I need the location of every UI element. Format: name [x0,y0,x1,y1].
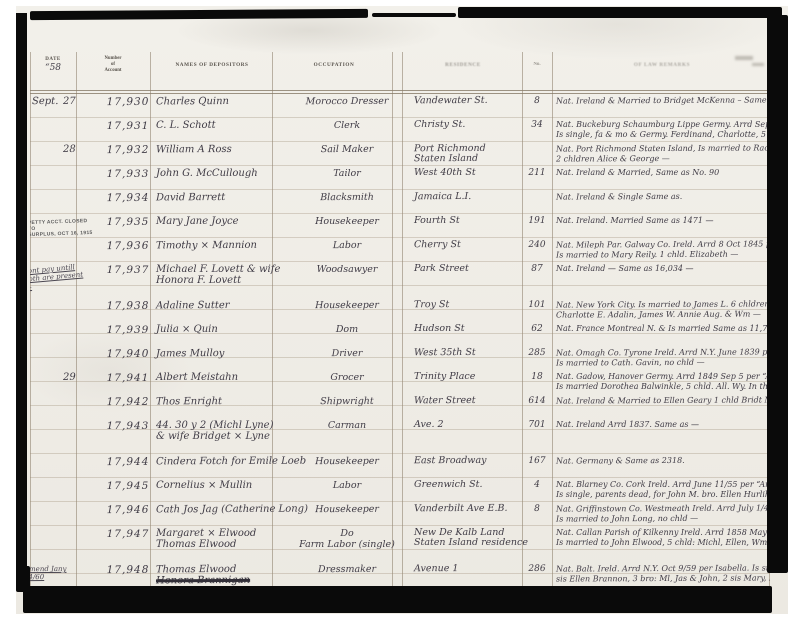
remarks-line: Nat. Ireland — Same as 16,034 — [556,264,770,274]
occupation: Housekeeper [278,300,416,312]
residence-number: 8 [522,504,552,514]
remarks-line: Is married to John Elwood, 5 chld: Michl… [556,538,770,548]
date-day: 27 [63,96,83,107]
remarks-line: Nat. Ireland & Married to Bridget McKenn… [556,95,770,106]
remarks: Nat. Ireland & Single Same as. [556,191,770,202]
scan-border-right [767,15,788,573]
residence: Cherry St [414,240,520,251]
remarks-line: Nat. Ireland & Married, Same as No. 90 [556,168,770,178]
residence-number: 8 [522,96,552,106]
scan-border-corner [16,566,30,592]
remarks-line: Nat. Ireland & Married to Ellen Geary 1 … [556,395,770,406]
occupation: Woodsawyer [278,264,416,275]
scan-border-top [458,7,782,18]
residence: Water Street [414,396,520,407]
residence: East Broadway [414,456,520,467]
depositor-name-line: Honora F. Lovett [156,275,306,286]
residence-number: 191 [522,216,552,226]
petty-acct-stamp: PETTY ACCT. CLOSED TOSURPLUS, OCT 16, 19… [30,218,94,238]
occupation: Dressmaker [278,564,416,576]
residence-line: West 35th St [414,348,520,359]
ledger-row: 17,934David BarrettBlacksmithJamaica L.I… [30,190,770,214]
residence-line: East Broadway [414,456,520,467]
occupation: Morocco Dresser [278,96,416,108]
residence-line: Fourth St [414,216,520,226]
faint-header-smudge [735,56,753,60]
occupation: Blacksmith [278,192,416,204]
ledger-rows: Sept.2717,930Charles QuinnMorocco Dresse… [30,94,770,590]
residence-line: Greenwich St. [414,480,520,490]
header-date-label: DATE [45,57,61,62]
header-remarks: OF LAW REMARKS [556,62,768,68]
remarks-line: Nat. France Montreal N. & Is married Sam… [556,324,770,334]
residence-line: Water Street [414,396,520,407]
residence-number: 614 [522,396,552,406]
residence-line: Jamaica L.I. [414,192,520,203]
header-account-line3: Account [78,68,148,74]
remarks-line: 2 chldren Alice & George — [556,153,770,164]
occupation: Housekeeper [278,216,416,227]
ledger-row: 17,946Cath Jos Jag (Catherine Long)House… [30,502,770,526]
occupation-line: Housekeeper [278,456,416,468]
scan-border-top [372,13,456,17]
ledger-row: 17,94344. 30 y 2 (Michl Lyne)& wife Brid… [30,418,770,454]
occupation-line: Housekeeper [278,504,416,516]
remarks: Nat. Port Richmond Staten Island, Is mar… [556,143,770,163]
occupation: Tailor [278,168,416,179]
occupation-line: Dom [278,324,416,335]
residence-line: Ave. 2 [414,420,520,430]
residence-line: Cherry St [414,240,520,251]
occupation: Housekeeper [278,504,416,516]
occupation-line: Sail Maker [278,144,416,156]
remarks: Nat. Mileph Par. Galway Co. Ireld. Arrd … [556,239,770,259]
remarks-line: Is married Dorothea Balwinkle, 5 chld. A… [556,382,770,392]
margin-note: Amend Jany 24/60 [30,565,84,581]
residence-number: 62 [522,324,552,334]
remarks-line: Nat. Balt. Ireld. Arrd N.Y. Oct 9/59 per… [556,563,770,574]
remarks-line: Nat. Port Richmond Staten Island, Is mar… [556,143,770,154]
remarks-line: Nat. Callan Parish of Kilkenny Ireld. Ar… [556,528,770,538]
occupation: Housekeeper [278,456,416,468]
remarks-line: Is single, parents dead, for John M. bro… [556,490,770,500]
header-occupation: OCCUPATION [278,62,390,68]
header-rule-top [30,90,770,91]
ledger-row: 17,935Mary Jane JoyceHousekeeperFourth S… [30,214,770,238]
residence-number: 701 [522,420,552,430]
occupation: Dom [278,324,416,335]
occupation-line: Blacksmith [278,192,416,204]
occupation: Shipwright [278,396,416,408]
residence-line: Troy St [414,300,520,311]
residence-number: 286 [522,564,552,574]
remarks: Nat. Germany & Same as 2318. [556,455,770,466]
residence-number: 4 [522,480,552,490]
residence-number: 240 [522,240,552,250]
residence: Port RichmondStaten Island [414,144,520,165]
stamp-line2: SURPLUS, OCT 16, 1915 [30,230,94,238]
remarks-line: Nat. New York City. Is married to James … [556,299,770,310]
occupation-line: Grocer [278,372,416,383]
header-no: No. [524,62,550,67]
ledger-row: 17,931C. L. SchottClerkChristy St.34Nat.… [30,118,770,142]
remarks-line: Nat. Ireland & Single Same as. [556,191,770,202]
remarks-line: Is married to Mary Reily. 1 chld. Elizab… [556,249,770,260]
ledger-row: 17,939Julia × QuinDomHudson St62Nat. Fra… [30,322,770,346]
ledger-row: 17,933John G. McCulloughTailorWest 40th … [30,166,770,190]
residence: Hudson St [414,324,520,334]
occupation-line: Labor [278,240,416,252]
occupation-line: Woodsawyer [278,264,416,275]
remarks: Nat. France Montreal N. & Is married Sam… [556,324,770,334]
residence: Troy St [414,300,520,311]
ledger-scan-viewport: { "colors":{ "paper":"#efede8", "ink":"#… [0,0,800,620]
ledger-row: 17,936Timothy × MannionLaborCherry St240… [30,238,770,262]
residence-line: Trinity Place [414,372,520,382]
residence-number: 167 [522,456,552,466]
occupation: DoFarm Labor (single) [278,528,416,550]
residence: Christy St. [414,120,520,130]
occupation-line: Clerk [278,120,416,131]
remarks: Nat. Griffinstown Co. Westmeath Ireld. A… [556,503,770,523]
occupation: Carman [278,420,416,431]
occupation-line: Shipwright [278,396,416,408]
ledger-row: 17,942Thos EnrightShipwrightWater Street… [30,394,770,418]
remarks: Nat. Buckeburg Schaumburg Lippe Germy. A… [556,120,770,139]
residence: Greenwich St. [414,480,520,490]
date-day: 29 [63,372,83,383]
occupation: Driver [278,348,416,360]
residence: Trinity Place [414,372,520,382]
residence-number: 101 [522,300,552,310]
remarks: Nat. Ireland & Married to Ellen Geary 1 … [556,395,770,406]
remarks: Nat. Omagh Co. Tyrone Ireld. Arrd N.Y. J… [556,347,770,367]
remarks-line: Nat. Mileph Par. Galway Co. Ireld. Arrd … [556,239,770,250]
ledger-row: 17,944Cindera Fotch for Emile LoebHousek… [30,454,770,478]
occupation-line: Dressmaker [278,564,416,576]
ledger-row: 17,938Adaline SutterHousekeeperTroy St10… [30,298,770,322]
remarks: Nat. Callan Parish of Kilkenny Ireld. Ar… [556,528,770,547]
residence: West 40th St [414,168,520,178]
remarks: Nat. Gadow, Hanover Germy. Arrd 1849 Sep… [556,372,770,391]
occupation-line: Farm Labor (single) [278,539,416,550]
remarks-line: Nat. Ireland. Married Same as 1471 — [556,216,770,226]
occupation-line: Housekeeper [278,300,416,312]
residence-number: 211 [522,168,552,178]
residence: West 35th St [414,348,520,359]
remarks: Nat. Balt. Ireld. Arrd N.Y. Oct 9/59 per… [556,563,770,583]
occupation-line: Tailor [278,168,416,179]
residence-line: Vandewater St. [414,96,520,107]
residence: Ave. 2 [414,420,520,430]
remarks-line: Nat. Gadow, Hanover Germy. Arrd 1849 Sep… [556,372,770,382]
ledger-row: 17,947Margaret × ElwoodThomas ElwoodDoFa… [30,526,770,562]
occupation-line: Housekeeper [278,216,416,227]
occupation: Labor [278,240,416,252]
remarks-line: Is single, fa & mo & Germy. Ferdinand, C… [556,130,770,140]
remarks-line: Nat. Buckeburg Schaumburg Lippe Germy. A… [556,120,770,130]
faint-header-smudge [752,63,764,66]
residence-line: West 40th St [414,168,520,178]
residence-number: 285 [522,348,552,358]
residence-line: Park Street [414,264,520,274]
scan-border-left [16,13,27,583]
occupation-line: Labor [278,480,416,491]
remarks-line: Is married to John Long, no chld — [556,513,770,524]
date-month: Sept. [32,96,62,107]
occupation-line: Morocco Dresser [278,96,416,108]
remarks: Nat. Ireland Arrd 1837. Same as — [556,420,770,430]
header-residence: RESIDENCE [406,62,520,68]
occupation-line: Carman [278,420,416,431]
occupation-line: Do [278,528,416,539]
ledger-row: 2817,932William A RossSail MakerPort Ric… [30,142,770,166]
occupation: Grocer [278,372,416,383]
remarks: Nat. New York City. Is married to James … [556,299,770,319]
header-account-number: Number of Account [78,56,148,74]
depositor-name-line: & wife Bridget × Lyne [156,431,306,442]
residence-line: Avenue 1 [414,564,520,575]
remarks: Nat. Blarney Co. Cork Ireld. Arrd June 1… [556,480,770,499]
residence-line: Staten Island residence [414,538,520,548]
residence-line: Vanderbilt Ave E.B. [414,504,520,515]
ledger-row: 2917,941Albert MeistahnGrocerTrinity Pla… [30,370,770,394]
remarks-line: Nat. Omagh Co. Tyrone Ireld. Arrd N.Y. J… [556,347,770,358]
residence: Avenue 1 [414,564,520,575]
date-day: 28 [63,144,83,155]
remarks-line: Is married to Cath. Gavin, no chld — [556,357,770,368]
ledger-row: 17,940James MulloyDriverWest 35th St285N… [30,346,770,370]
residence-number: 87 [522,264,552,274]
residence-line: Staten Island [414,154,520,165]
header-date-handwritten-note: “58 [30,63,76,73]
depositor-name-line: Honora Brannigan [156,575,306,587]
header-date: DATE “58 [30,57,76,73]
ledger-row: 17,937Michael F. Lovett & wifeHonora F. … [30,262,770,298]
remarks: Nat. Ireland & Married to Bridget McKenn… [556,95,770,106]
remarks: Nat. Ireland. Married Same as 1471 — [556,216,770,226]
occupation-line: Driver [278,348,416,360]
scan-border-bottom [23,586,772,613]
ledger-row: Sept.2717,930Charles QuinnMorocco Dresse… [30,94,770,118]
margin-note: dont pay untill both are present — [30,262,85,291]
remarks-line: Charlotte E. Adalin, James W. Annie Aug.… [556,309,770,320]
header-names-of-depositors: NAMES OF DEPOSITORS [154,62,270,68]
remarks: Nat. Ireland — Same as 16,034 — [556,264,770,274]
remarks-line: Nat. Ireland Arrd 1837. Same as — [556,420,770,430]
occupation: Labor [278,480,416,491]
residence: Fourth St [414,216,520,226]
residence-line: Christy St. [414,120,520,130]
remarks-line: Nat. Germany & Same as 2318. [556,455,770,466]
residence-number: 18 [522,372,552,382]
occupation: Clerk [278,120,416,131]
remarks-line: Nat. Blarney Co. Cork Ireld. Arrd June 1… [556,480,770,490]
remarks: Nat. Ireland & Married, Same as No. 90 [556,168,770,178]
residence-line: Hudson St [414,324,520,334]
residence: New De Kalb LandStaten Island residence [414,528,520,548]
residence: Jamaica L.I. [414,192,520,203]
ledger-row: 17,945Cornelius × MullinLaborGreenwich S… [30,478,770,502]
occupation: Sail Maker [278,144,416,156]
residence: Park Street [414,264,520,274]
remarks-line: sis Ellen Brannon, 3 bro: Ml, Jas & John… [556,573,770,584]
residence: Vanderbilt Ave E.B. [414,504,520,515]
remarks-line: Nat. Griffinstown Co. Westmeath Ireld. A… [556,503,770,514]
residence-number: 34 [522,120,552,130]
residence: Vandewater St. [414,96,520,107]
